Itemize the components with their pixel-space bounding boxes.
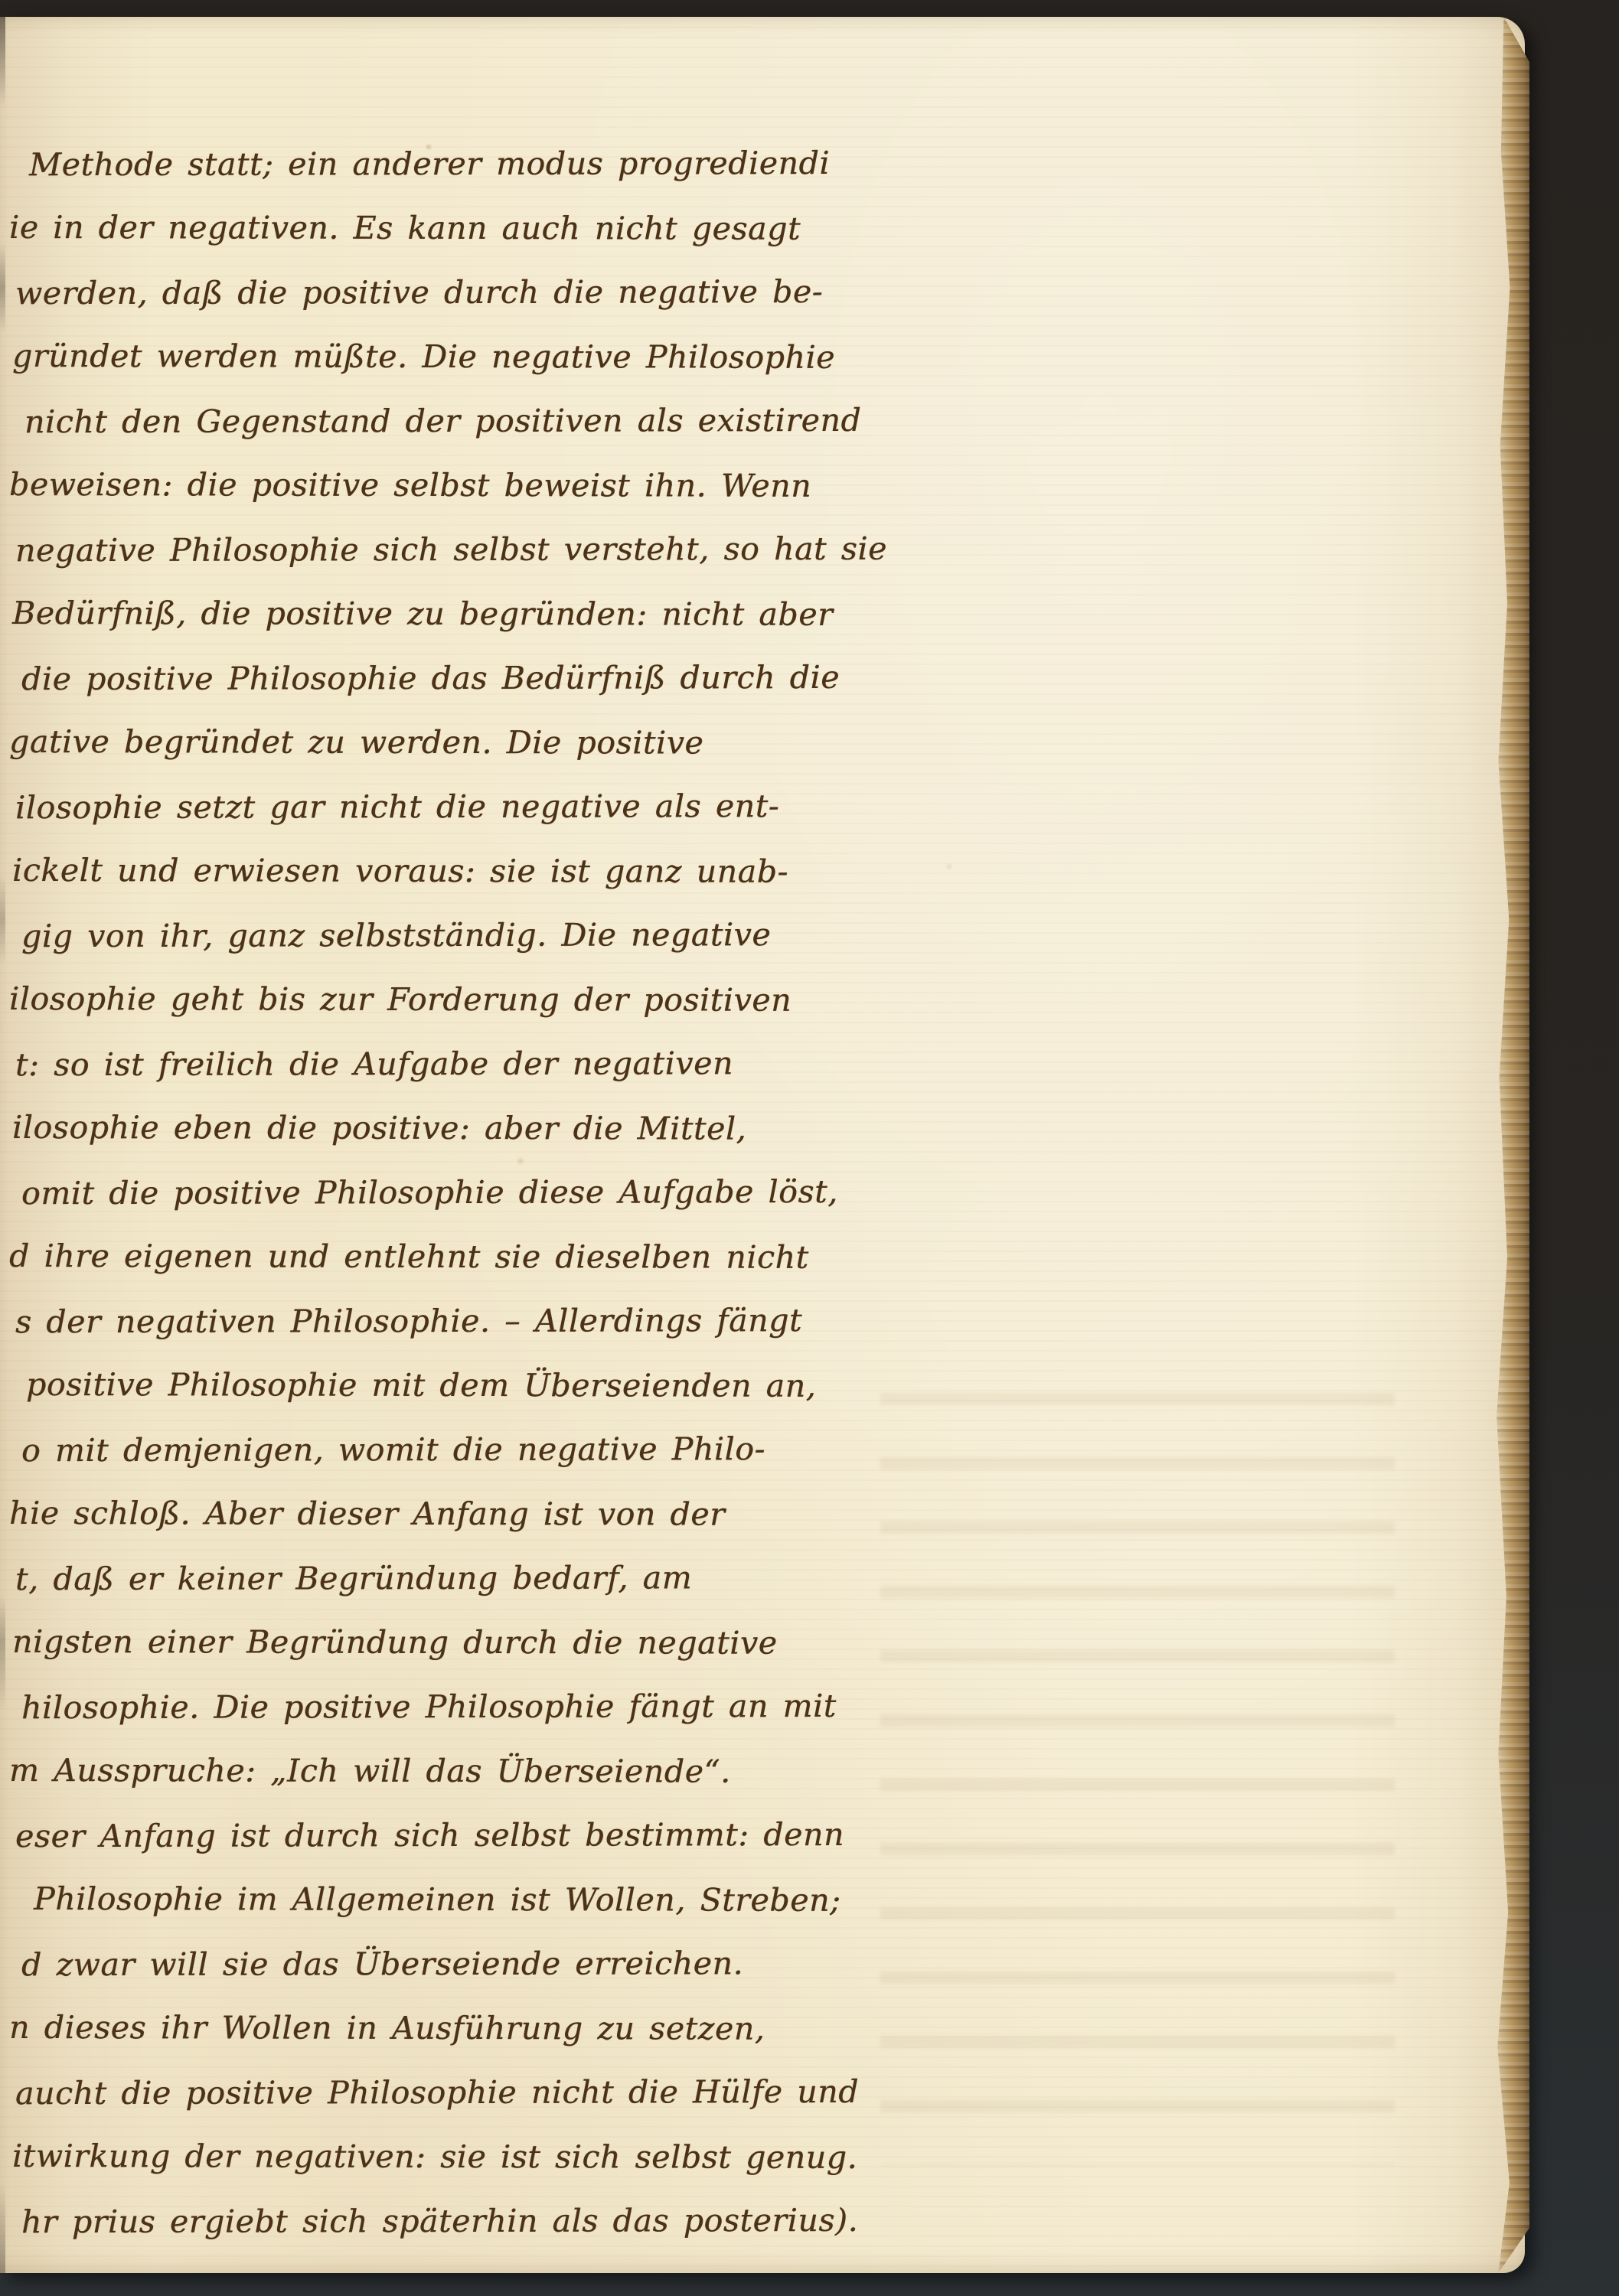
manuscript-line: aucht die positive Philosophie nicht die…	[15, 2060, 906, 2125]
manuscript-line: ilosophie eben die positive: aber die Mi…	[12, 1095, 906, 1161]
manuscript-line: gründet werden müßte. Die negative Philo…	[12, 324, 906, 390]
manuscript-line: beweisen: die positive selbst beweist ih…	[9, 452, 906, 518]
paper-texture	[0, 17, 1525, 2273]
manuscript-line: itwirkung der negativen: sie ist sich se…	[12, 2124, 906, 2190]
manuscript-line: eser Anfang ist durch sich selbst bestim…	[15, 1802, 906, 1868]
manuscript-line: Methode statt; ein anderer modus progred…	[29, 131, 906, 197]
scanned-page-photo: Methode statt; ein anderer modus progred…	[0, 0, 1619, 2296]
ink-bleed-through-ghosting	[880, 1356, 1395, 2166]
page-deckle-edge	[1485, 17, 1529, 2273]
manuscript-line: n dieses ihr Wollen in Ausführung zu set…	[9, 1995, 906, 2061]
manuscript-line: ilosophie setzt gar nicht die negative a…	[15, 774, 906, 840]
manuscript-line: d zwar will sie das Überseiende erreiche…	[21, 1931, 906, 1997]
manuscript-line: negative Philosophie sich selbst versteh…	[15, 517, 906, 582]
manuscript-line: m Ausspruche: „Ich will das Überseiende“…	[9, 1738, 906, 1804]
manuscript-line: gig von ihr, ganz selbstständig. Die neg…	[21, 902, 906, 968]
cropped-left-edge	[0, 17, 5, 2273]
manuscript-line: hie schloß. Aber dieser Anfang ist von d…	[9, 1481, 906, 1547]
manuscript-line: t: so ist freilich die Aufgabe der negat…	[15, 1031, 906, 1097]
manuscript-line: t, daß er keiner Begründung bedarf, am	[15, 1545, 906, 1611]
manuscript-line: ilosophie geht bis zur Forderung der pos…	[9, 967, 906, 1032]
manuscript-line: Philosophie im Allgemeinen ist Wollen, S…	[34, 1867, 906, 1932]
manuscript-line: omit die positive Philosophie diese Aufg…	[21, 1159, 906, 1225]
manuscript-line: ickelt und erwiesen voraus: sie ist ganz…	[12, 838, 906, 904]
manuscript-line: hilosophie. Die positive Philosophie fän…	[21, 1674, 906, 1740]
manuscript-line: Bedürfniß, die positive zu begründen: ni…	[12, 581, 906, 647]
manuscript-line: o mit demjenigen, womit die negative Phi…	[21, 1417, 906, 1482]
manuscript-text-block: Methode statt; ein anderer modus progred…	[3, 132, 906, 2253]
manuscript-line: hr prius ergiebt sich späterhin als das …	[21, 2188, 906, 2254]
manuscript-line: nicht den Gegenstand der positiven als e…	[24, 388, 906, 454]
manuscript-line: d ihre eigenen und entlehnt sie dieselbe…	[9, 1224, 906, 1290]
manuscript-line: gative begründet zu werden. Die positive	[9, 709, 906, 775]
manuscript-page: Methode statt; ein anderer modus progred…	[0, 17, 1525, 2273]
manuscript-line: positive Philosophie mit dem Überseiende…	[26, 1352, 906, 1418]
manuscript-line: ie in der negativen. Es kann auch nicht …	[9, 195, 906, 261]
manuscript-line: s der negativen Philosophie. – Allerding…	[15, 1288, 906, 1354]
manuscript-line: nigsten einer Begründung durch die negat…	[12, 1609, 906, 1675]
manuscript-line: werden, daß die positive durch die negat…	[15, 259, 906, 325]
manuscript-line: die positive Philosophie das Bedürfniß d…	[21, 645, 906, 711]
